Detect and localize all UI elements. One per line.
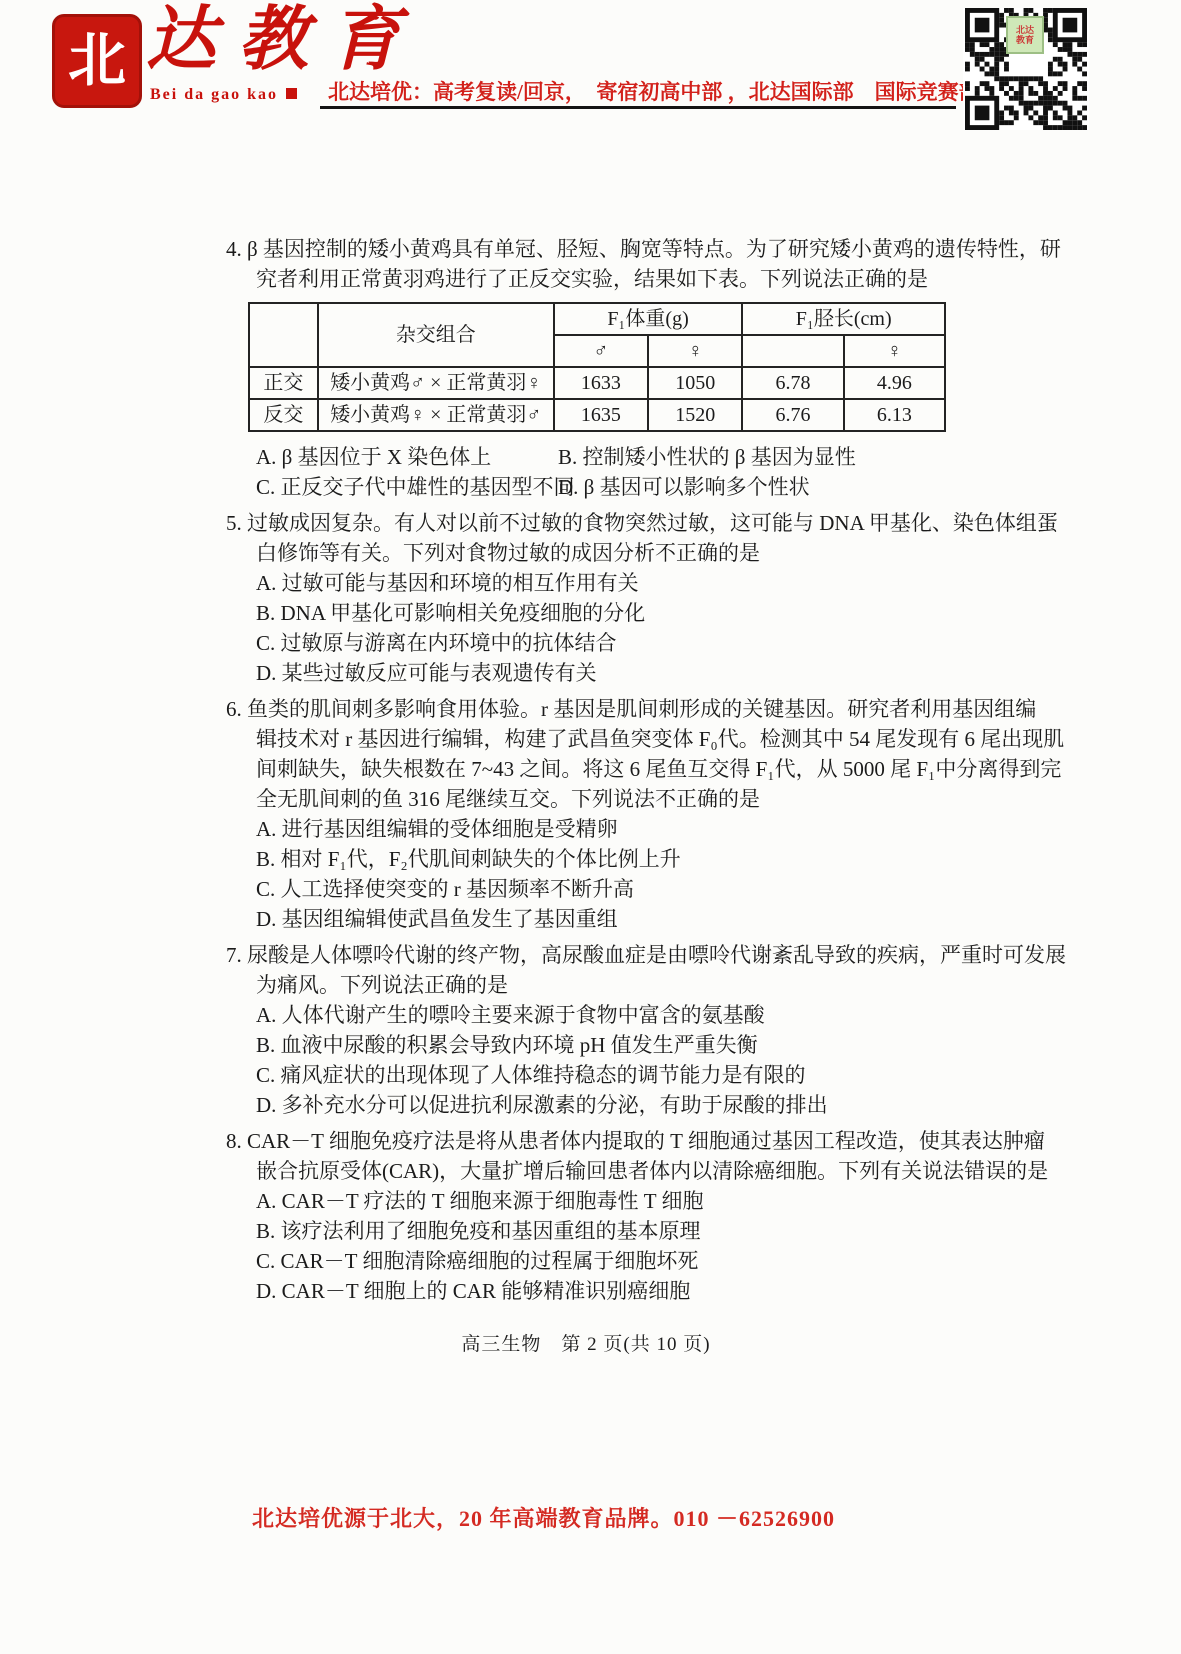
option-b: B. 该疗法利用了细胞免疫和基因重组的基本原理 <box>256 1216 946 1246</box>
table-header-combo: 杂交组合 <box>318 303 554 367</box>
option-d: D. 某些过敏反应可能与表观遗传有关 <box>256 658 946 688</box>
option-c: C. 痛风症状的出现体现了人体维持稳态的调节能力是有限的 <box>256 1060 946 1090</box>
question-6-stem-line-3: 间刺缺失，缺失根数在 7~43 之间。将这 6 尾鱼互交得 F₁代，从 5000… <box>226 754 946 784</box>
seal-character: 北 <box>68 32 126 90</box>
question-7-stem-text-1: 尿酸是人体嘌呤代谢的终产物，高尿酸血症是由嘌呤代谢紊乱导致的疾病，严重时可发展 <box>247 943 1066 967</box>
question-7-stem-line-1: 7. 尿酸是人体嘌呤代谢的终产物，高尿酸血症是由嘌呤代谢紊乱导致的疾病，严重时可… <box>226 940 946 970</box>
option-b: B. 相对 F₁代，F₂代肌间刺缺失的个体比例上升 <box>256 844 946 874</box>
qr-center-text-line2: 教育 <box>1016 35 1034 45</box>
cell-weight-male: 1635 <box>554 399 648 431</box>
cell-weight-male: 1633 <box>554 367 648 399</box>
brand-name-calligraphy: 达教育 <box>146 2 422 79</box>
brand-seal-logo: 北 <box>52 14 142 108</box>
question-5-stem-line-2: 白修饰等有关。下列对食物过敏的成因分析不正确的是 <box>226 538 946 568</box>
subheader-shank-female-icon: ♀ <box>844 335 945 367</box>
qr-center-logo: 北达 教育 <box>1006 16 1044 54</box>
option-b: B. 控制矮小性状的 β 基因为显性 <box>558 442 946 472</box>
option-a: A. 人体代谢产生的嘌呤主要来源于食物中富含的氨基酸 <box>256 1000 946 1030</box>
option-c: C. 过敏原与游离在内环境中的抗体结合 <box>256 628 946 658</box>
question-4-number: 4. <box>226 237 242 261</box>
cell-shank-female: 4.96 <box>844 367 945 399</box>
table-row: 反交 矮小黄鸡♀ × 正常黄羽♂ 1635 1520 6.76 6.13 <box>249 399 945 431</box>
question-6-options: A. 进行基因组编辑的受体细胞是受精卵 B. 相对 F₁代，F₂代肌间刺缺失的个… <box>226 814 946 934</box>
option-b: B. 血液中尿酸的积累会导致内环境 pH 值发生严重失衡 <box>256 1030 946 1060</box>
header-divider <box>320 106 956 109</box>
brand-subtitle-text: Bei da gao kao <box>150 86 278 103</box>
red-square-icon <box>286 88 297 99</box>
subheader-female-icon: ♀ <box>648 335 742 367</box>
cell-shank-female: 6.13 <box>844 399 945 431</box>
option-a: A. CAR－T 疗法的 T 细胞来源于细胞毒性 T 细胞 <box>256 1186 946 1216</box>
table-header-row: 杂交组合 F₁体重(g) F₁胫长(cm) <box>249 303 945 335</box>
option-d: D. 多补充水分可以促进抗利尿激素的分泌，有助于尿酸的排出 <box>256 1090 946 1120</box>
option-d: D. CAR－T 细胞上的 CAR 能够精准识别癌细胞 <box>256 1276 946 1306</box>
table-header-shank: F₁胫长(cm) <box>742 303 945 335</box>
cell-shank-left: 6.76 <box>742 399 843 431</box>
option-c: C. 正反交子代中雄性的基因型不同 <box>256 472 558 502</box>
table-corner-cell <box>249 303 318 367</box>
subheader-shank-left <box>742 335 843 367</box>
question-5-options: A. 过敏可能与基因和环境的相互作用有关 B. DNA 甲基化可影响相关免疫细胞… <box>226 568 946 688</box>
option-b: B. DNA 甲基化可影响相关免疫细胞的分化 <box>256 598 946 628</box>
option-d: D. β 基因可以影响多个性状 <box>558 472 946 502</box>
question-6-stem-line-1: 6. 鱼类的肌间刺多影响食用体验。r 基因是肌间刺形成的关键基因。研究者利用基因… <box>226 694 946 724</box>
question-4: 4. β 基因控制的矮小黄鸡具有单冠、胫短、胸宽等特点。为了研究矮小黄鸡的遗传特… <box>226 234 946 502</box>
question-6-stem-text-1: 鱼类的肌间刺多影响食用体验。r 基因是肌间刺形成的关键基因。研究者利用基因组编 <box>247 697 1036 721</box>
question-4-stem-text-1: β 基因控制的矮小黄鸡具有单冠、胫短、胸宽等特点。为了研究矮小黄鸡的遗传特性，研 <box>247 237 1061 261</box>
question-5-number: 5. <box>226 511 242 535</box>
question-5-stem-line-1: 5. 过敏成因复杂。有人对以前不过敏的食物突然过敏，这可能与 DNA 甲基化、染… <box>226 508 946 538</box>
question-8-stem-text-1: CAR－T 细胞免疫疗法是将从患者体内提取的 T 细胞通过基因工程改造，使其表达… <box>247 1129 1045 1153</box>
option-c: C. CAR－T 细胞清除癌细胞的过程属于细胞坏死 <box>256 1246 946 1276</box>
table-header-weight: F₁体重(g) <box>554 303 743 335</box>
option-a: A. 进行基因组编辑的受体细胞是受精卵 <box>256 814 946 844</box>
question-6-stem-line-2: 辑技术对 r 基因进行编辑，构建了武昌鱼突变体 F₀代。检测其中 54 尾发现有… <box>226 724 946 754</box>
option-d: D. 基因组编辑使武昌鱼发生了基因重组 <box>256 904 946 934</box>
bottom-brand-footer: 北达培优源于北大，20 年高端教育品牌。010 －62526900 <box>252 1502 835 1533</box>
question-area: 4. β 基因控制的矮小黄鸡具有单冠、胫短、胸宽等特点。为了研究矮小黄鸡的遗传特… <box>226 234 946 1360</box>
option-c: C. 人工选择使突变的 r 基因频率不断升高 <box>256 874 946 904</box>
question-8: 8. CAR－T 细胞免疫疗法是将从患者体内提取的 T 细胞通过基因工程改造，使… <box>226 1126 946 1306</box>
question-5: 5. 过敏成因复杂。有人对以前不过敏的食物突然过敏，这可能与 DNA 甲基化、染… <box>226 508 946 688</box>
question-7-options: A. 人体代谢产生的嘌呤主要来源于食物中富含的氨基酸 B. 血液中尿酸的积累会导… <box>226 1000 946 1120</box>
question-8-stem-line-1: 8. CAR－T 细胞免疫疗法是将从患者体内提取的 T 细胞通过基因工程改造，使… <box>226 1126 946 1156</box>
question-5-stem-text-1: 过敏成因复杂。有人对以前不过敏的食物突然过敏，这可能与 DNA 甲基化、染色体组… <box>247 511 1058 535</box>
question-7-stem-line-2: 为痛风。下列说法正确的是 <box>226 970 946 1000</box>
question-4-stem-line-2: 究者利用正常黄羽鸡进行了正反交实验，结果如下表。下列说法正确的是 <box>226 264 946 294</box>
cross-experiment-table: 杂交组合 F₁体重(g) F₁胫长(cm) ♂ ♀ ♀ 正交 矮小黄鸡♂ × 正… <box>248 302 946 432</box>
cell-shank-left: 6.78 <box>742 367 843 399</box>
subheader-male-icon: ♂ <box>554 335 648 367</box>
header-slogan: 北达培优：高考复读/回京， 寄宿初高中部 ，北达国际部 国际竞赛部 <box>328 76 958 106</box>
qr-code: 北达 教育 <box>963 8 1089 130</box>
row-combo: 矮小黄鸡♀ × 正常黄羽♂ <box>318 399 554 431</box>
question-8-options: A. CAR－T 疗法的 T 细胞来源于细胞毒性 T 细胞 B. 该疗法利用了细… <box>226 1186 946 1306</box>
row-label: 反交 <box>249 399 318 431</box>
question-7-number: 7. <box>226 943 242 967</box>
question-7: 7. 尿酸是人体嘌呤代谢的终产物，高尿酸血症是由嘌呤代谢紊乱导致的疾病，严重时可… <box>226 940 946 1120</box>
question-8-stem-line-2: 嵌合抗原受体(CAR)，大量扩增后输回患者体内以清除癌细胞。下列有关说法错误的是 <box>226 1156 946 1186</box>
question-6-stem-line-4: 全无肌间刺的鱼 316 尾继续互交。下列说法不正确的是 <box>226 784 946 814</box>
question-4-stem-line-1: 4. β 基因控制的矮小黄鸡具有单冠、胫短、胸宽等特点。为了研究矮小黄鸡的遗传特… <box>226 234 946 264</box>
question-4-options: A. β 基因位于 X 染色体上 B. 控制矮小性状的 β 基因为显性 C. 正… <box>226 442 946 502</box>
table-row: 正交 矮小黄鸡♂ × 正常黄羽♀ 1633 1050 6.78 4.96 <box>249 367 945 399</box>
row-combo: 矮小黄鸡♂ × 正常黄羽♀ <box>318 367 554 399</box>
question-6: 6. 鱼类的肌间刺多影响食用体验。r 基因是肌间刺形成的关键基因。研究者利用基因… <box>226 694 946 934</box>
exam-page: 北 达教育 Bei da gao kao 北达培优：高考复读/回京， 寄宿初高中… <box>0 0 1181 1654</box>
cell-weight-female: 1050 <box>648 367 742 399</box>
page-number-footer: 高三生物 第 2 页(共 10 页) <box>226 1330 946 1360</box>
cell-weight-female: 1520 <box>648 399 742 431</box>
question-6-number: 6. <box>226 697 242 721</box>
brand-subtitle: Bei da gao kao <box>150 86 297 104</box>
option-a: A. β 基因位于 X 染色体上 <box>256 442 558 472</box>
option-a: A. 过敏可能与基因和环境的相互作用有关 <box>256 568 946 598</box>
question-8-number: 8. <box>226 1129 242 1153</box>
row-label: 正交 <box>249 367 318 399</box>
qr-center-text-line1: 北达 <box>1016 25 1034 35</box>
